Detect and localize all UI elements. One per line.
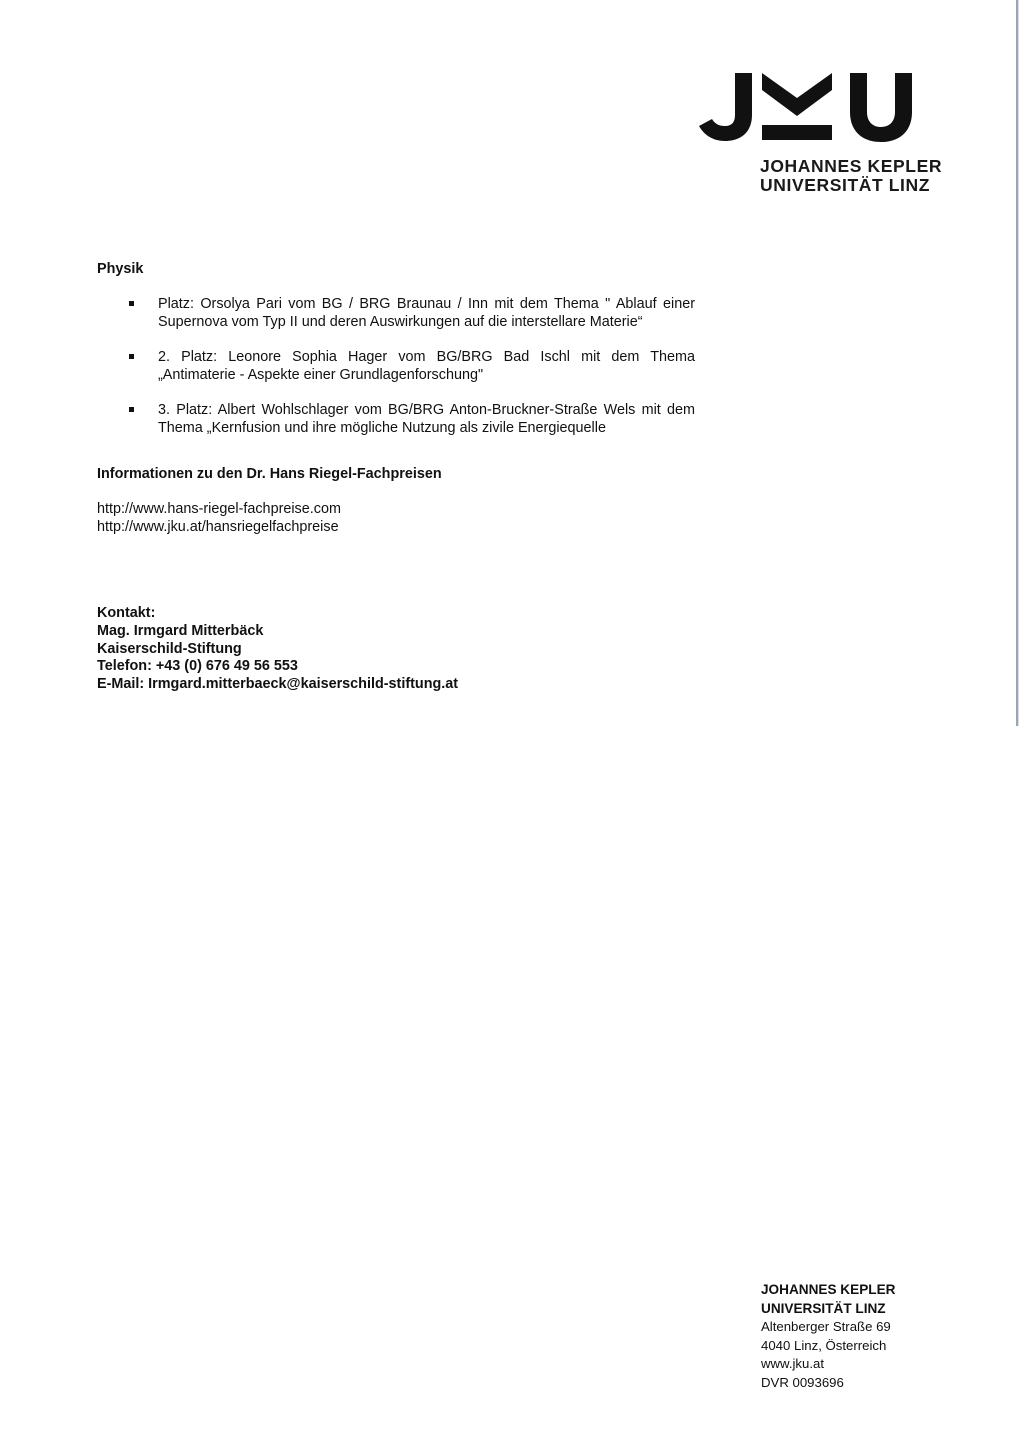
link-jku-hansriegelfachpreise[interactable]: http://www.jku.at/hansriegelfachpreise [97,518,697,536]
logo-line-2: UNIVERSITÄT LINZ [760,176,942,195]
square-bullet-icon [129,301,134,306]
physik-heading: Physik [97,259,697,279]
footer-address: JOHANNES KEPLER UNIVERSITÄT LINZ Altenbe… [761,1281,895,1393]
contact-label: Kontakt: [97,605,697,623]
contact-name: Mag. Irmgard Mitterbäck [97,623,697,641]
square-bullet-icon [129,407,134,412]
list-item: 2. Platz: Leonore Sophia Hager vom BG/BR… [97,348,695,384]
footer-line-2: UNIVERSITÄT LINZ [761,1300,895,1319]
document-body: Physik Platz: Orsolya Pari vom BG / BRG … [97,259,697,694]
jku-logo: JOHANNES KEPLER UNIVERSITÄT LINZ [697,70,957,200]
contact-email[interactable]: E-Mail: Irmgard.mitterbaeck@kaiserschild… [97,676,697,694]
physik-winners-list: Platz: Orsolya Pari vom BG / BRG Braunau… [97,295,697,437]
contact-organization: Kaiserschild-Stiftung [97,641,697,659]
list-item-text: Platz: Orsolya Pari vom BG / BRG Braunau… [158,296,695,330]
info-heading: Informationen zu den Dr. Hans Riegel-Fac… [97,464,697,484]
list-item-text: 2. Platz: Leonore Sophia Hager vom BG/BR… [158,349,695,383]
square-bullet-icon [129,354,134,359]
footer-city: 4040 Linz, Österreich [761,1337,895,1356]
footer-web[interactable]: www.jku.at [761,1355,895,1374]
info-links: http://www.hans-riegel-fachpreise.com ht… [97,500,697,536]
list-item: 3. Platz: Albert Wohlschlager vom BG/BRG… [97,401,695,437]
footer-street: Altenberger Straße 69 [761,1318,895,1337]
contact-block: Kontakt: Mag. Irmgard Mitterbäck Kaisers… [97,605,697,694]
footer-dvr: DVR 0093696 [761,1374,895,1393]
footer-line-1: JOHANNES KEPLER [761,1281,895,1300]
jku-logo-wordmark: JOHANNES KEPLER UNIVERSITÄT LINZ [760,157,942,195]
list-item: Platz: Orsolya Pari vom BG / BRG Braunau… [97,295,695,331]
contact-phone: Telefon: +43 (0) 676 49 56 553 [97,658,697,676]
link-hans-riegel-fachpreise[interactable]: http://www.hans-riegel-fachpreise.com [97,500,697,518]
logo-line-1: JOHANNES KEPLER [760,157,942,176]
list-item-text: 3. Platz: Albert Wohlschlager vom BG/BRG… [158,402,695,436]
jku-logo-mark-icon [697,70,917,145]
